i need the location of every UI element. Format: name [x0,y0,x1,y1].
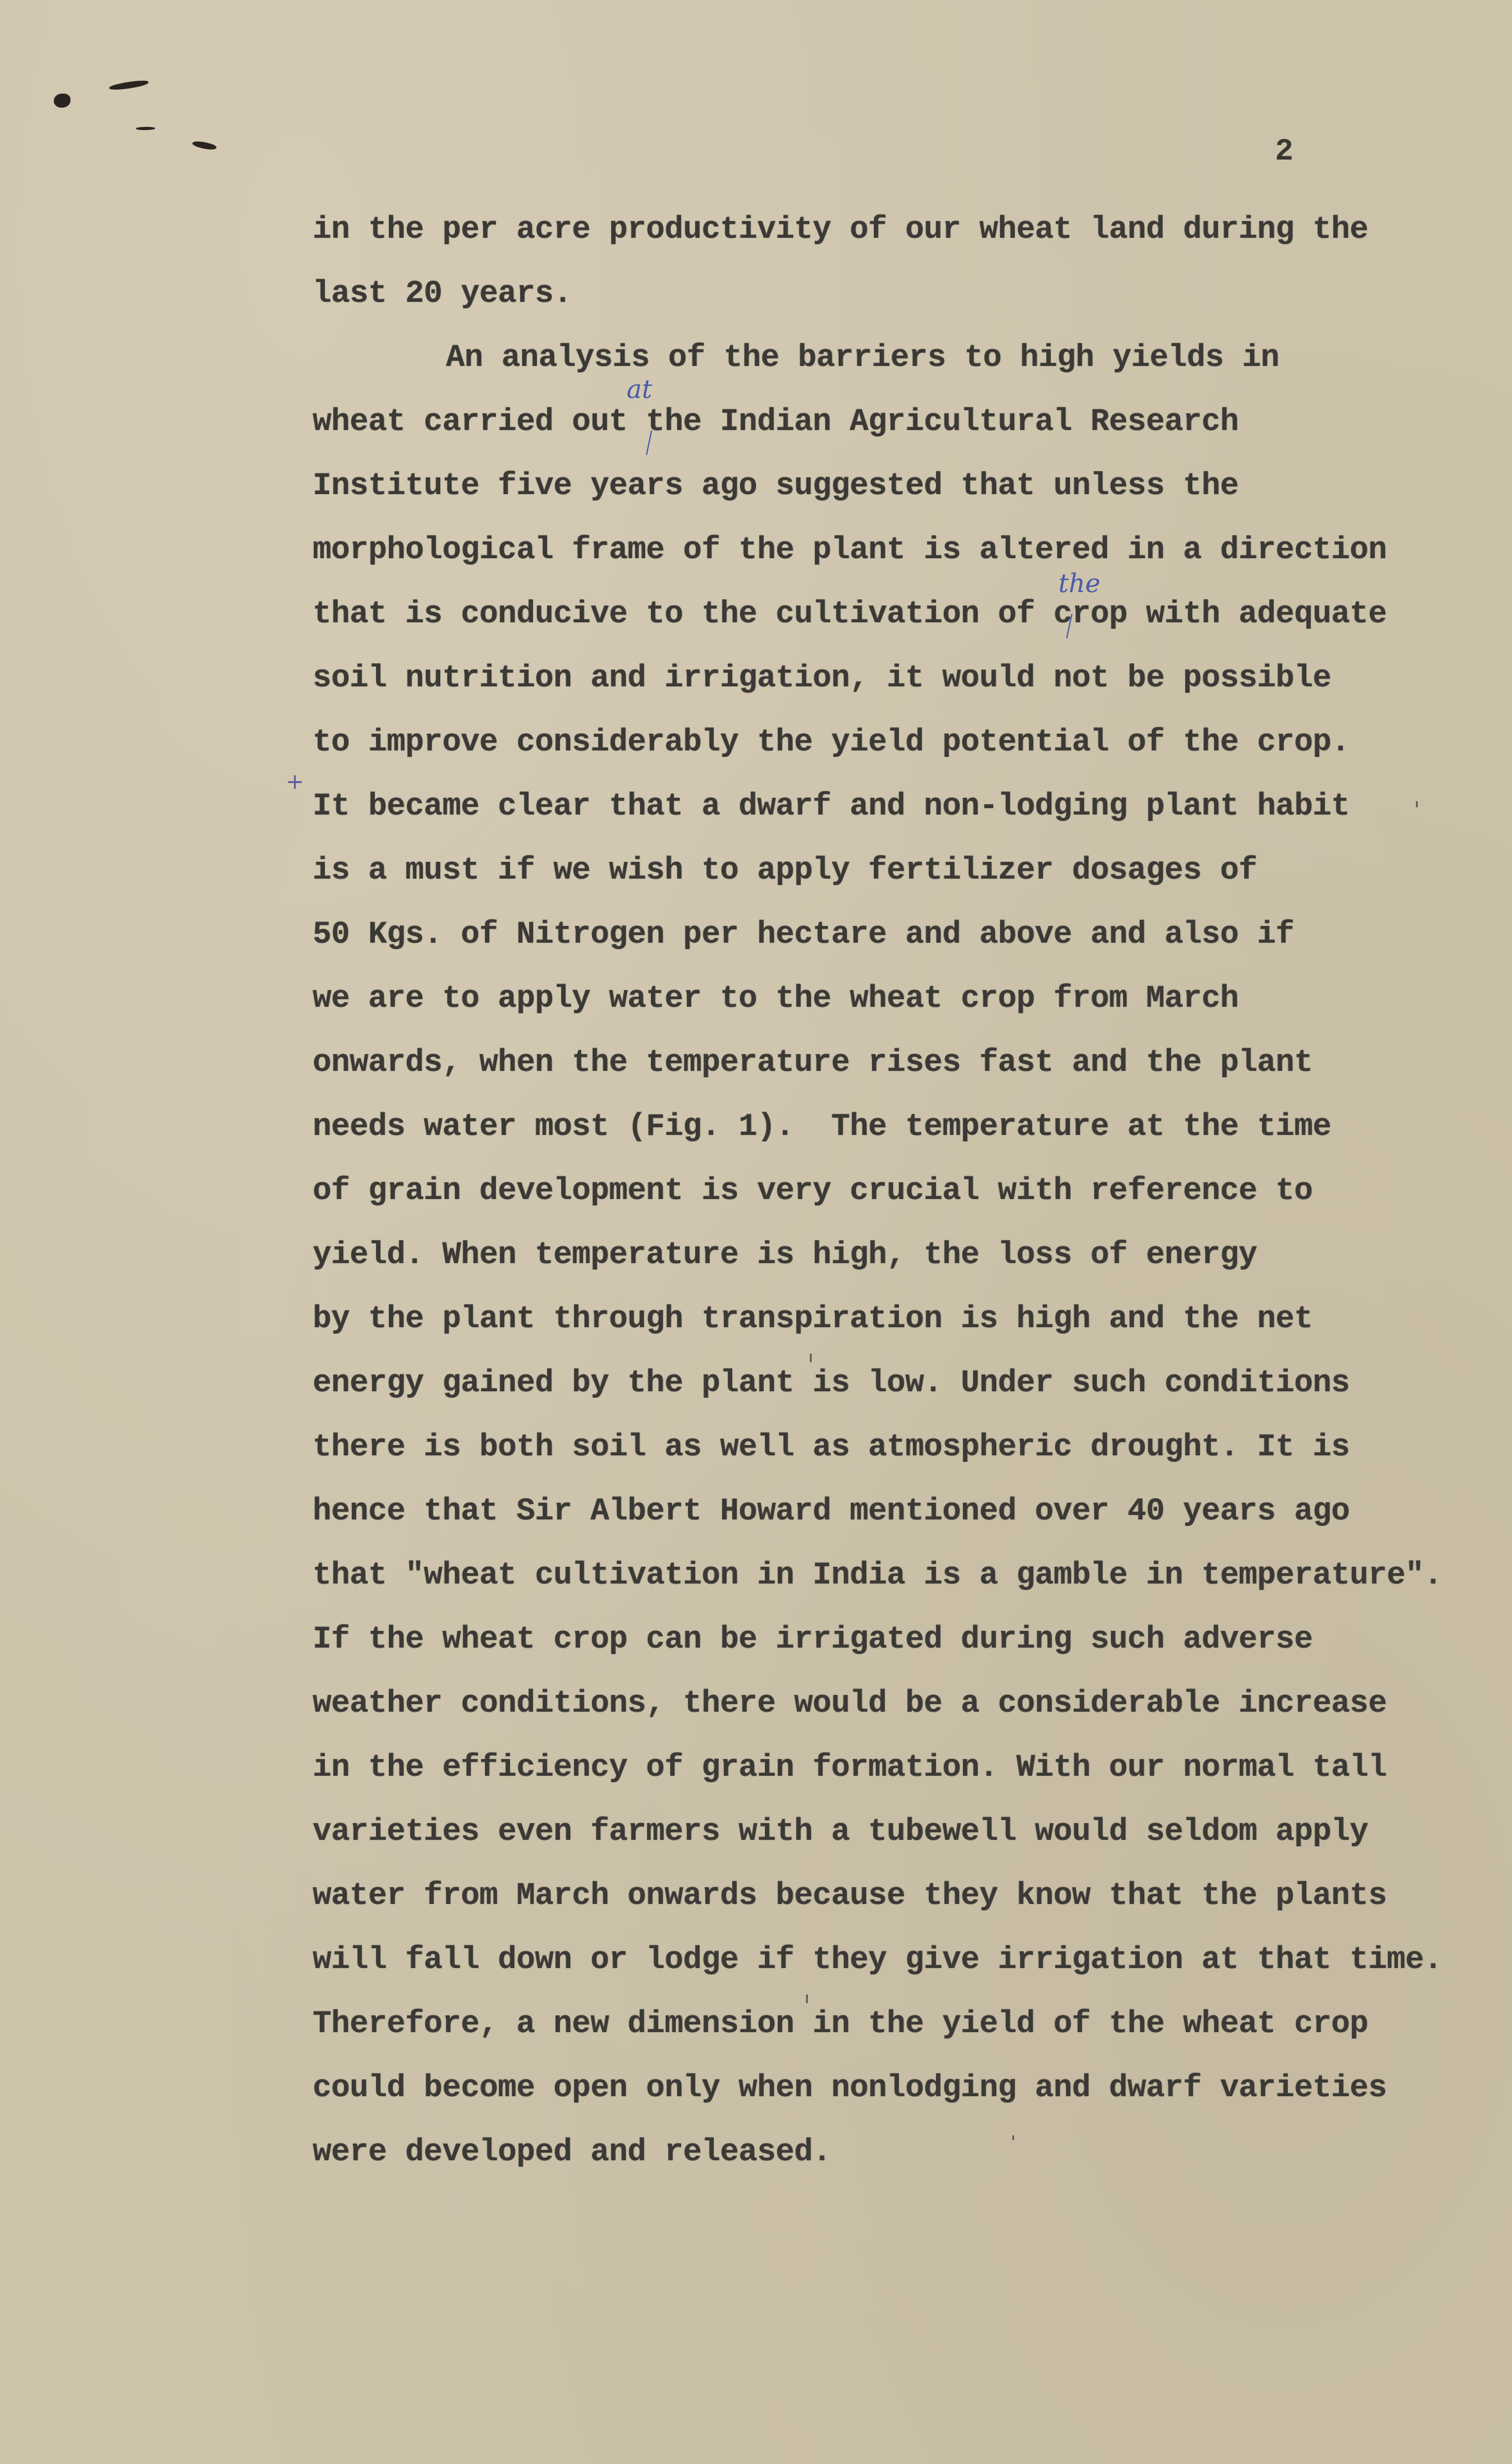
text-line: If the wheat crop can be irrigated durin… [313,1621,1313,1657]
text-line: by the plant through transpiration is hi… [313,1301,1313,1337]
text-line: could become open only when nonlodging a… [313,2070,1386,2106]
paper-speck [1012,2135,1014,2140]
text-line: there is both soil as well as atmospheri… [313,1429,1350,1465]
text-line: will fall down or lodge if they give irr… [313,1942,1442,1978]
text-line: It became clear that a dwarf and non-lod… [313,788,1350,824]
handwritten-insertion: the [1058,569,1101,599]
text-line: that "wheat cultivation in India is a ga… [313,1557,1442,1593]
text-line: of grain development is very crucial wit… [313,1173,1313,1209]
text-line: to improve considerably the yield potent… [313,724,1350,760]
text-line: energy gained by the plant is low. Under… [313,1365,1350,1401]
paper-speck [806,1994,808,2003]
text-line: last 20 years. [313,276,572,311]
margin-cross-icon: + [286,769,304,795]
text-line: An analysis of the barriers to high yiel… [446,340,1279,376]
text-line: wheat carried out the Indian Agricultura… [313,404,1238,440]
text-line: water from March onwards because they kn… [313,1878,1386,1914]
text-line: varieties even farmers with a tubewell w… [313,1814,1368,1849]
staple-mark [136,127,155,130]
text-line: 50 Kgs. of Nitrogen per hectare and abov… [313,916,1294,952]
text-line: soil nutrition and irrigation, it would … [313,660,1331,696]
text-line: needs water most (Fig. 1). The temperatu… [313,1109,1331,1145]
staple-mark [54,94,70,108]
text-line: Institute five years ago suggested that … [313,468,1238,504]
staple-mark [192,140,217,151]
text-line: yield. When temperature is high, the los… [313,1237,1257,1273]
text-line: that is conducive to the cultivation of … [313,596,1386,632]
text-line: we are to apply water to the wheat crop … [313,980,1238,1016]
text-line: morphological frame of the plant is alte… [313,532,1386,568]
text-line: hence that Sir Albert Howard mentioned o… [313,1493,1350,1529]
text-line: onwards, when the temperature rises fast… [313,1045,1313,1080]
paper-speck [810,1353,812,1362]
staple-mark [109,79,149,92]
text-line: in the efficiency of grain formation. Wi… [313,1749,1386,1785]
text-line: were developed and released. [313,2134,831,2170]
page-number: 2 [1275,135,1294,169]
text-line: Therefore, a new dimension in the yield … [313,2006,1368,2042]
text-line: weather conditions, there would be a con… [313,1685,1386,1721]
document-page: 2 in the per acre productivity of our wh… [0,0,1512,2464]
handwritten-insertion: at [627,375,652,404]
paper-speck [1416,801,1418,807]
text-line: in the per acre productivity of our whea… [313,211,1368,247]
text-line: is a must if we wish to apply fertilizer… [313,852,1257,888]
